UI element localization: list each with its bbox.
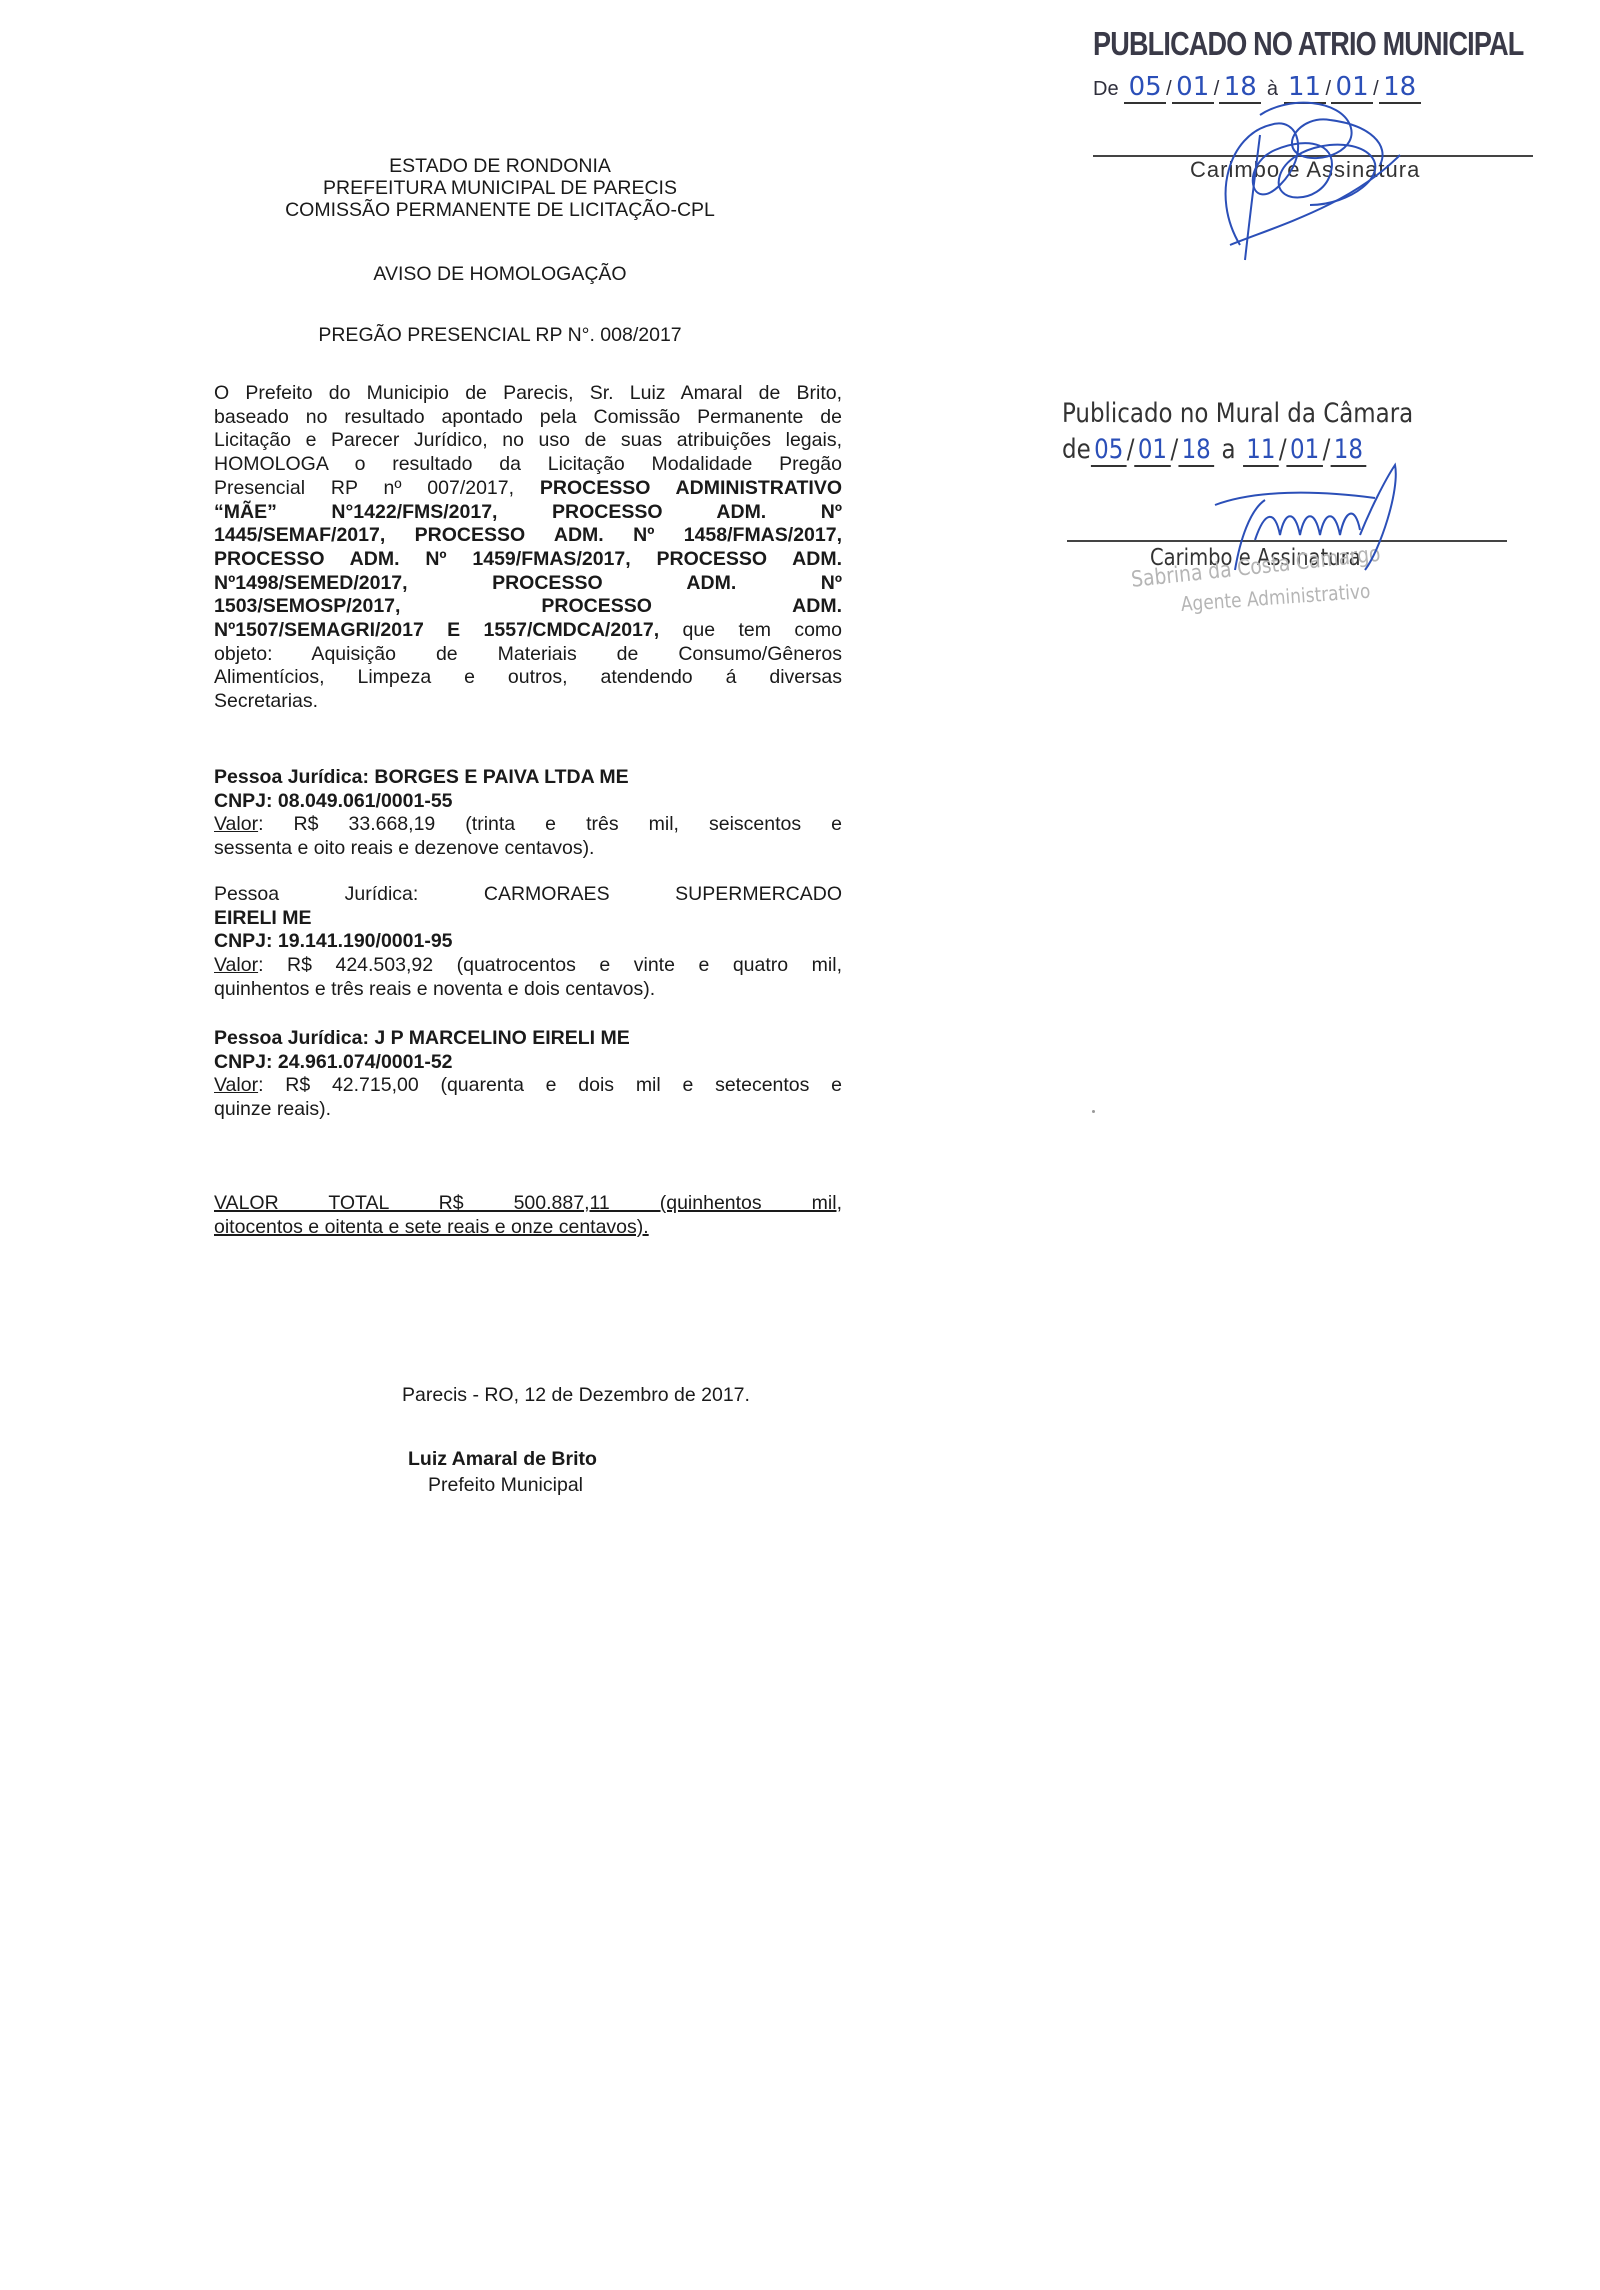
process-reference: Nº1498/SEMED/2017, PROCESSO ADM. Nº <box>214 572 842 594</box>
intro-line: Presencial RP nº 007/2017, PROCESSO ADMI… <box>214 477 842 501</box>
intro-line: Nº1498/SEMED/2017, PROCESSO ADM. Nº <box>214 572 842 596</box>
notice-title: AVISO DE HOMOLOGAÇÃO <box>200 263 800 286</box>
intro-text: Presencial RP nº 007/2017, <box>214 477 540 499</box>
total-value: VALOR TOTAL R$ 500.887,11 (quinhentos mi… <box>214 1191 842 1239</box>
firm-name-cont: EIRELI ME <box>214 907 842 931</box>
total-line-cont: oitocentos e oitenta e sete reais e onze… <box>214 1215 842 1239</box>
firm-value: : R$ 424.503,92 (quatrocentos e vinte e … <box>258 954 842 976</box>
firm-value: : R$ 33.668,19 (trinta e três mil, seisc… <box>258 813 842 835</box>
intro-line: Licitação e Parecer Jurídico, no uso de … <box>214 429 842 453</box>
intro-line: objeto: Aquisição de Materiais de Consum… <box>214 643 842 667</box>
process-title: PREGÃO PRESENCIAL RP N°. 008/2017 <box>200 324 800 347</box>
process-reference: “MÃE” N°1422/FMS/2017, PROCESSO ADM. Nº <box>214 501 842 523</box>
firm-cnpj: CNPJ: 19.141.190/0001-95 <box>214 930 842 954</box>
from-label: de <box>1062 434 1091 465</box>
intro-line: Alimentícios, Limpeza e outros, atendend… <box>214 666 842 690</box>
valor-label: Valor <box>214 1074 258 1096</box>
intro-line: 1445/SEMAF/2017, PROCESSO ADM. Nº 1458/F… <box>214 524 842 548</box>
process-reference: 1445/SEMAF/2017, PROCESSO ADM. Nº 1458/F… <box>214 524 842 546</box>
header-commission: COMISSÃO PERMANENTE DE LICITAÇÃO-CPL <box>200 199 800 221</box>
intro-text: O Prefeito do Municipio de Parecis, Sr. … <box>214 382 842 404</box>
valor-label: Valor <box>214 954 258 976</box>
camara-stamp-title: Publicado no Mural da Câmara <box>1062 398 1413 429</box>
handwritten-day: 05 <box>1124 72 1166 104</box>
signer-name: Luiz Amaral de Brito <box>408 1448 597 1471</box>
intro-text: HOMOLOGA o resultado da Licitação Modali… <box>214 453 842 475</box>
firm-name-line: Pessoa Jurídica: CARMORAES SUPERMERCADO <box>214 883 842 905</box>
firm-cnpj: CNPJ: 24.961.074/0001-52 <box>214 1051 842 1075</box>
firm-name: Pessoa Jurídica: CARMORAES SUPERMERCADO <box>214 883 842 907</box>
intro-text: baseado no resultado apontado pela Comis… <box>214 406 842 428</box>
intro-text: Alimentícios, Limpeza e outros, atendend… <box>214 666 842 688</box>
atrio-stamp-title: PUBLICADO NO ATRIO MUNICIPAL <box>1093 25 1524 63</box>
header-municipality: PREFEITURA MUNICIPAL DE PARECIS <box>200 177 800 199</box>
firm-block: Pessoa Jurídica: J P MARCELINO EIRELI ME… <box>214 1027 842 1122</box>
valor-label: Valor <box>214 813 258 835</box>
signature-scribble-icon <box>1195 460 1415 580</box>
firm-name: Pessoa Jurídica: J P MARCELINO EIRELI ME <box>214 1027 842 1051</box>
place-date: Parecis - RO, 12 de Dezembro de 2017. <box>402 1384 750 1407</box>
firm-block: Pessoa Jurídica: BORGES E PAIVA LTDA ME … <box>214 766 842 861</box>
handwritten-month: 01 <box>1134 434 1170 467</box>
process-reference: PROCESSO ADM. Nº 1459/FMAS/2017, PROCESS… <box>214 548 842 570</box>
scan-speck <box>1092 1110 1095 1113</box>
intro-text: que tem como <box>659 619 842 641</box>
intro-text: Licitação e Parecer Jurídico, no uso de … <box>214 429 842 451</box>
process-reference: Nº1507/SEMAGRI/2017 E 1557/CMDCA/2017, <box>214 619 659 641</box>
process-reference: 1503/SEMOSP/2017, PROCESSO ADM. <box>214 595 842 617</box>
intro-line: HOMOLOGA o resultado da Licitação Modali… <box>214 453 842 477</box>
total-line: VALOR TOTAL R$ 500.887,11 (quinhentos mi… <box>214 1191 842 1215</box>
firm-value-cont: sessenta e oito reais e dezenove centavo… <box>214 837 842 861</box>
intro-line: PROCESSO ADM. Nº 1459/FMAS/2017, PROCESS… <box>214 548 842 572</box>
process-reference: PROCESSO ADMINISTRATIVO <box>540 477 842 499</box>
intro-line: O Prefeito do Municipio de Parecis, Sr. … <box>214 382 842 406</box>
handwritten-day: 05 <box>1091 434 1127 467</box>
firm-value-cont: quinhentos e três reais e noventa e dois… <box>214 978 842 1002</box>
intro-text: objeto: Aquisição de Materiais de Consum… <box>214 643 842 665</box>
intro-text: Secretarias. <box>214 690 318 712</box>
intro-line: 1503/SEMOSP/2017, PROCESSO ADM. <box>214 595 842 619</box>
header-state: ESTADO DE RONDONIA <box>200 155 800 177</box>
intro-line: “MÃE” N°1422/FMS/2017, PROCESSO ADM. Nº <box>214 501 842 525</box>
signature-scribble-icon <box>1200 95 1410 265</box>
firm-block: Pessoa Jurídica: CARMORAES SUPERMERCADO … <box>214 883 842 1002</box>
document-header: ESTADO DE RONDONIA PREFEITURA MUNICIPAL … <box>200 155 800 221</box>
firm-value-cont: quinze reais). <box>214 1098 842 1122</box>
intro-paragraph: O Prefeito do Municipio de Parecis, Sr. … <box>214 382 842 714</box>
firm-value: : R$ 42.715,00 (quarenta e dois mil e se… <box>258 1074 842 1096</box>
firm-name: Pessoa Jurídica: BORGES E PAIVA LTDA ME <box>214 766 842 790</box>
firm-cnpj: CNPJ: 08.049.061/0001-55 <box>214 790 842 814</box>
intro-line: baseado no resultado apontado pela Comis… <box>214 406 842 430</box>
intro-line: Secretarias. <box>214 690 842 714</box>
intro-line: Nº1507/SEMAGRI/2017 E 1557/CMDCA/2017, q… <box>214 619 842 643</box>
signer-role: Prefeito Municipal <box>428 1474 583 1497</box>
from-label: De <box>1093 78 1119 100</box>
